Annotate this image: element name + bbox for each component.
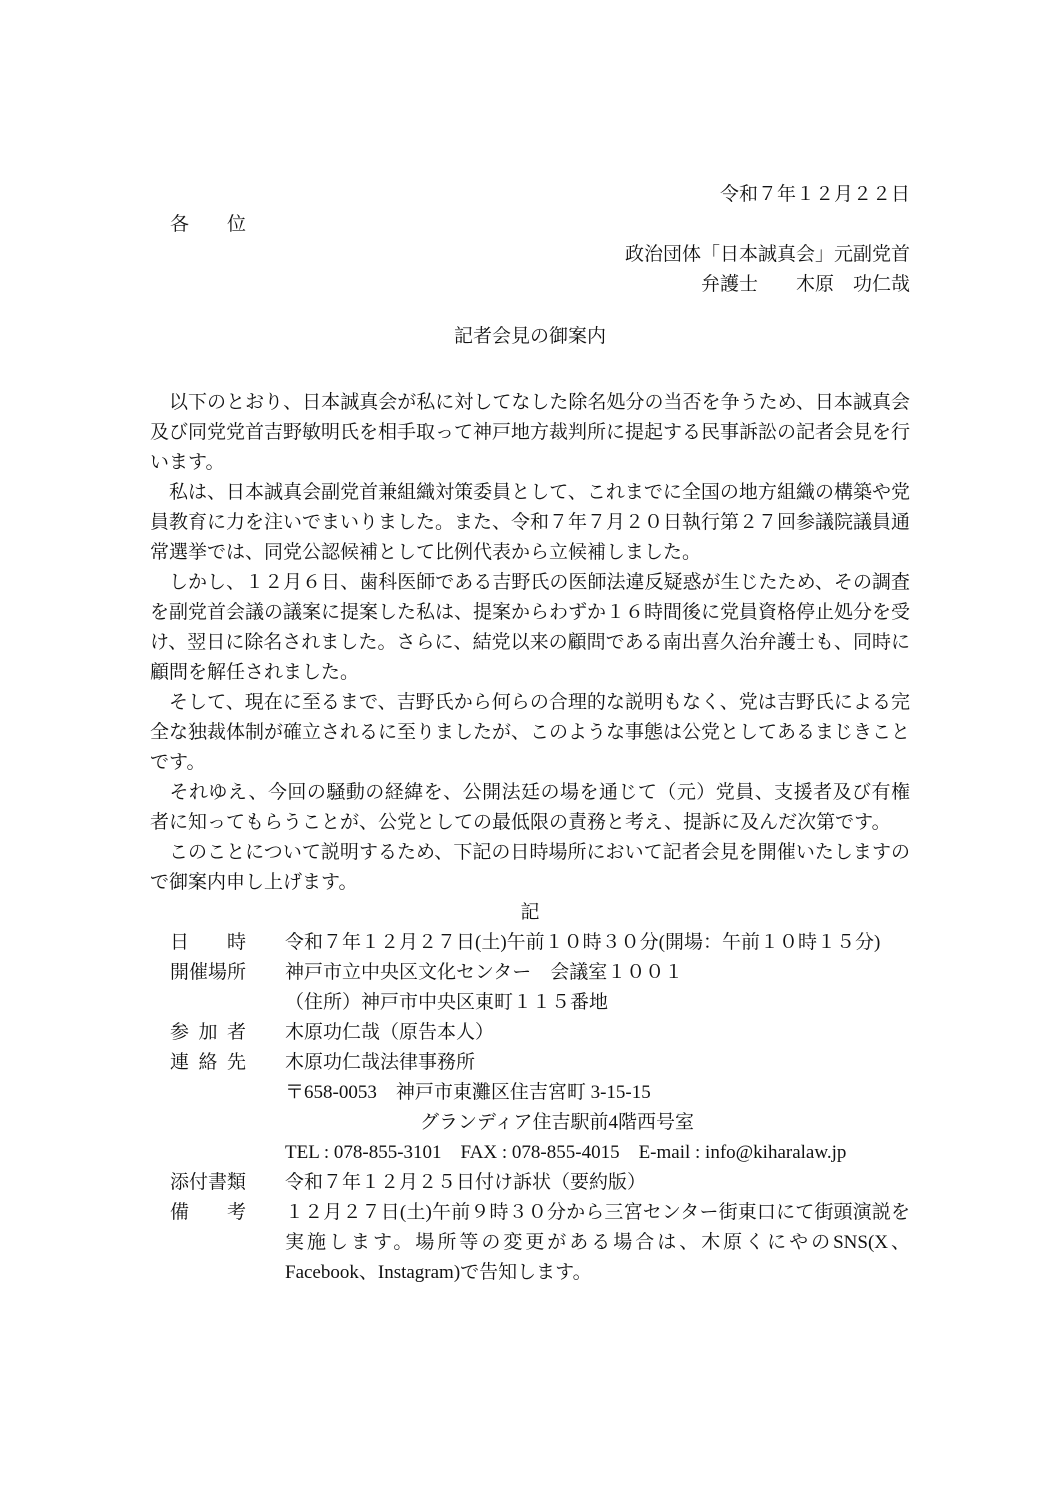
- datetime-value: 令和７年１２月２７日(土)午前１０時３０分(開場：午前１０時１５分): [285, 928, 910, 958]
- detail-label-participants: 参 加 者: [170, 1018, 246, 1048]
- contact-postal-address: 〒658-0053 神戸市東灘区住吉宮町 3-15-15: [285, 1078, 910, 1108]
- body-paragraph-5: それゆえ、今回の騒動の経緯を、公開法廷の場を通じて（元）党員、支援者及び有権者に…: [150, 778, 910, 838]
- letter-title: 記者会見の御案内: [150, 322, 910, 352]
- detail-label-venue: 開催場所: [170, 958, 246, 988]
- letter-page: 令和７年１２月２２日 各 位 政治団体「日本誠真会」元副党首 弁護士 木原 功仁…: [0, 0, 1058, 1497]
- detail-label-notes: 備 考: [170, 1198, 246, 1228]
- detail-value-contact: 木原功仁哉法律事務所 〒658-0053 神戸市東灘区住吉宮町 3-15-15 …: [285, 1048, 910, 1168]
- detail-value-notes: １２月２７日(土)午前９時３０分から三宮センター街東口にて街頭演説を実施します。…: [285, 1198, 910, 1288]
- details-list: 日 時 令和７年１２月２７日(土)午前１０時３０分(開場：午前１０時１５分) 開…: [150, 928, 910, 1288]
- detail-row-notes: 備 考 １２月２７日(土)午前９時３０分から三宮センター街東口にて街頭演説を実施…: [150, 1198, 910, 1288]
- detail-value-attachments: 令和７年１２月２５日付け訴状（要約版）: [285, 1168, 910, 1198]
- contact-office-name: 木原功仁哉法律事務所: [285, 1048, 910, 1078]
- detail-row-contact: 連 絡 先 木原功仁哉法律事務所 〒658-0053 神戸市東灘区住吉宮町 3-…: [150, 1048, 910, 1168]
- body-paragraph-1: 以下のとおり、日本誠真会が私に対してなした除名処分の当否を争うため、日本誠真会及…: [150, 388, 910, 478]
- body-paragraph-6: このことについて説明するため、下記の日時場所において記者会見を開催いたしますので…: [150, 838, 910, 898]
- letter-date: 令和７年１２月２２日: [150, 180, 910, 210]
- list-heading: 記: [150, 898, 910, 928]
- contact-building: グランディア住吉駅前4階西号室: [285, 1108, 910, 1138]
- detail-label-attachments: 添付書類: [170, 1168, 246, 1198]
- notes-value: １２月２７日(土)午前９時３０分から三宮センター街東口にて街頭演説を実施します。…: [285, 1198, 910, 1288]
- venue-address: （住所）神戸市中央区東町１１５番地: [285, 988, 910, 1018]
- detail-label-contact: 連 絡 先: [170, 1048, 246, 1078]
- detail-row-venue: 開催場所 神戸市立中央区文化センター 会議室１００１ （住所）神戸市中央区東町１…: [150, 958, 910, 1018]
- sender-organization: 政治団体「日本誠真会」元副党首: [150, 240, 910, 270]
- detail-label-datetime: 日 時: [170, 928, 246, 958]
- sender-name: 弁護士 木原 功仁哉: [150, 270, 910, 300]
- addressee: 各 位: [150, 210, 910, 240]
- detail-value-participants: 木原功仁哉（原告本人）: [285, 1018, 910, 1048]
- contact-tel-fax-email: TEL : 078-855-3101 FAX : 078-855-4015 E-…: [285, 1138, 910, 1168]
- venue-name: 神戸市立中央区文化センター 会議室１００１: [285, 958, 910, 988]
- letter-body: 以下のとおり、日本誠真会が私に対してなした除名処分の当否を争うため、日本誠真会及…: [150, 388, 910, 898]
- attachments-value: 令和７年１２月２５日付け訴状（要約版）: [285, 1168, 910, 1198]
- detail-row-datetime: 日 時 令和７年１２月２７日(土)午前１０時３０分(開場：午前１０時１５分): [150, 928, 910, 958]
- detail-row-participants: 参 加 者 木原功仁哉（原告本人）: [150, 1018, 910, 1048]
- body-paragraph-2: 私は、日本誠真会副党首兼組織対策委員として、これまでに全国の地方組織の構築や党員…: [150, 478, 910, 568]
- detail-row-attachments: 添付書類 令和７年１２月２５日付け訴状（要約版）: [150, 1168, 910, 1198]
- participants-value: 木原功仁哉（原告本人）: [285, 1018, 910, 1048]
- detail-value-datetime: 令和７年１２月２７日(土)午前１０時３０分(開場：午前１０時１５分): [285, 928, 910, 958]
- body-paragraph-4: そして、現在に至るまで、吉野氏から何らの合理的な説明もなく、党は吉野氏による完全…: [150, 688, 910, 778]
- detail-value-venue: 神戸市立中央区文化センター 会議室１００１ （住所）神戸市中央区東町１１５番地: [285, 958, 910, 1018]
- body-paragraph-3: しかし、１２月６日、歯科医師である吉野氏の医師法違反疑惑が生じたため、その調査を…: [150, 568, 910, 688]
